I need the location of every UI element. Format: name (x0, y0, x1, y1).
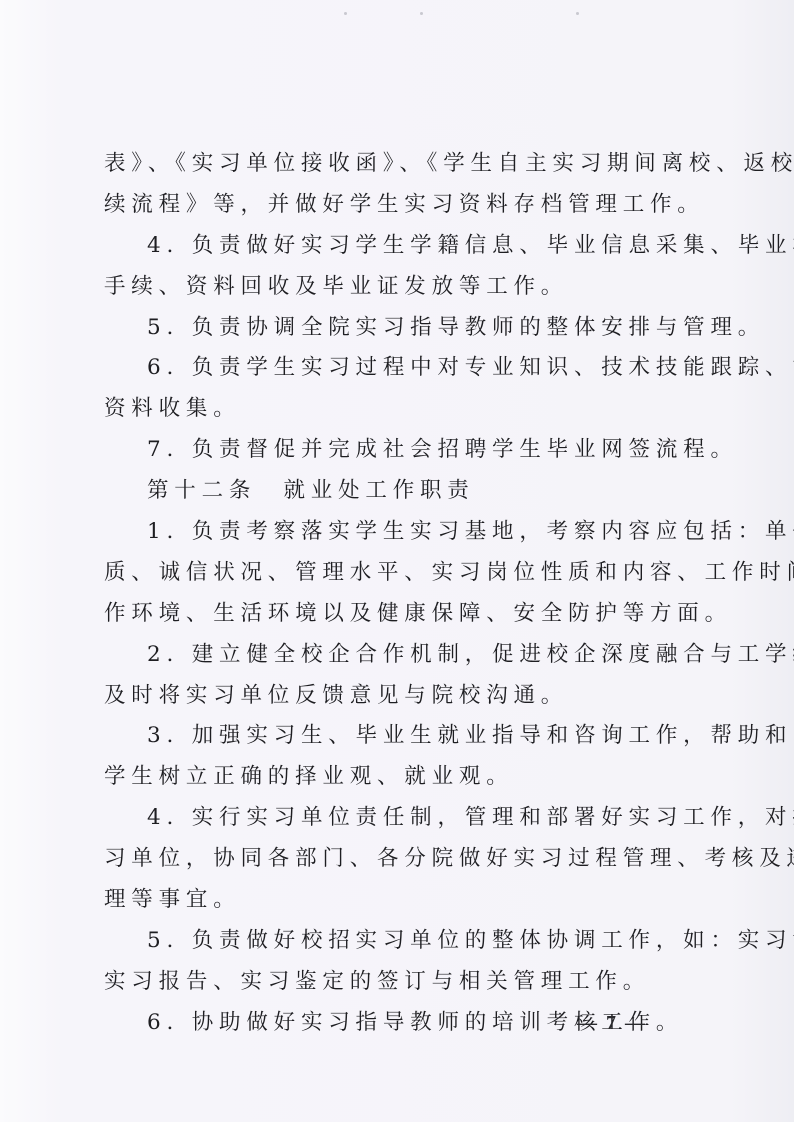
text-line: 习单位，协同各部门、各分院做好实习过程管理、考核及违纪处 (104, 839, 694, 880)
list-item-7: 7. 负责督促并完成社会招聘学生毕业网签流程。 (104, 430, 694, 471)
list-item-5: 5. 负责协调全院实习指导教师的整体安排与管理。 (104, 308, 694, 349)
list-item-1: 1. 负责考察落实学生实习基地，考察内容应包括：单位资 (104, 512, 694, 553)
text-line: 实习报告、实习鉴定的签订与相关管理工作。 (104, 962, 694, 1003)
text-line: 资料收集。 (104, 389, 694, 430)
list-item-4: 4. 负责做好实习学生学籍信息、毕业信息采集、毕业相关 (104, 226, 694, 267)
text-line: 理等事宜。 (104, 880, 694, 921)
scanned-page: 表》、《实习单位接收函》、《学生自主实习期间离校、返校手 续流程》等，并做好学生… (0, 0, 794, 1122)
list-item-3: 3. 加强实习生、毕业生就业指导和咨询工作，帮助和引导 (104, 716, 694, 757)
list-item-6: 6. 负责学生实习过程中对专业知识、技术技能跟踪、管理、 (104, 348, 694, 389)
text-line: 表》、《实习单位接收函》、《学生自主实习期间离校、返校手 (104, 144, 694, 185)
text-line: 手续、资料回收及毕业证发放等工作。 (104, 267, 694, 308)
section-heading: 第十二条 就业处工作职责 (104, 471, 694, 512)
scan-artifact (576, 12, 579, 15)
list-item-5b: 5. 负责做好校招实习单位的整体协调工作，如：实习协议、 (104, 921, 694, 962)
scan-artifact (420, 12, 423, 15)
text-line: 作环境、生活环境以及健康保障、安全防护等方面。 (104, 594, 694, 635)
document-body: 表》、《实习单位接收函》、《学生自主实习期间离校、返校手 续流程》等，并做好学生… (104, 144, 694, 1044)
list-item-2: 2. 建立健全校企合作机制，促进校企深度融合与工学结合， (104, 635, 694, 676)
text-line: 学生树立正确的择业观、就业观。 (104, 757, 694, 798)
scan-artifact (344, 12, 347, 15)
page-number: — 7 — (577, 1012, 647, 1035)
text-line: 质、诚信状况、管理水平、实习岗位性质和内容、工作时间、工 (104, 553, 694, 594)
list-item-4b: 4. 实行实习单位责任制，管理和部署好实习工作，对接实 (104, 798, 694, 839)
text-line: 续流程》等，并做好学生实习资料存档管理工作。 (104, 185, 694, 226)
text-line: 及时将实习单位反馈意见与院校沟通。 (104, 676, 694, 717)
